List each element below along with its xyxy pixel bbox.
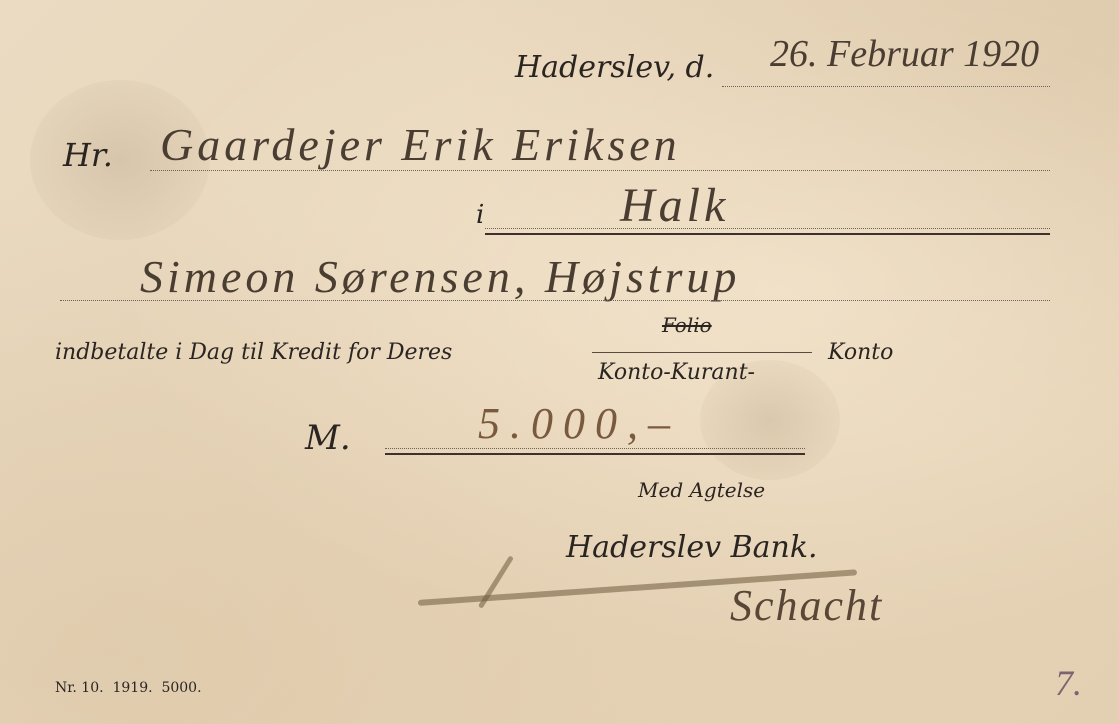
depositor-name: Simeon Sørensen, Højstrup [140,250,740,303]
recipient-location: Halk [620,178,729,233]
salutation-label: Hr. [63,136,113,174]
signature: Schacht [730,580,883,631]
signature-smudge [478,555,514,609]
deposit-receipt: Haderslev, d. 26. Februar 1920 Hr. Gaard… [0,0,1119,724]
location-solid-line [485,233,1050,235]
recipient-dotted-line [150,170,1050,171]
form-number: Nr. 10. 1919. 5000. [55,680,202,696]
depositor-dotted-line [60,300,1050,301]
location-dotted-line [485,228,1050,229]
margin-mark: 7. [1055,662,1082,704]
recipient-name: Gaardejer Erik Eriksen [160,118,681,171]
option-divider [592,352,812,353]
option-folio-struck: Folio [662,313,712,337]
currency-label: M. [305,418,351,458]
amount-dotted-line [385,448,805,449]
date-value: 26. Februar 1920 [770,32,1039,76]
location-prefix-label: i [476,200,484,230]
amount-value: 5.000,– [478,398,680,449]
bank-name: Haderslev Bank. [566,530,818,565]
amount-solid-line [385,453,805,455]
place-label: Haderslev, d. [515,50,714,85]
body-text: indbetalte i Dag til Kredit for Deres [55,340,452,365]
option-konto-kurant: Konto-Kurant- [598,360,755,385]
body-suffix: Konto [828,340,893,365]
date-dotted-line [722,86,1050,87]
greeting-text: Med Agtelse [638,478,765,502]
